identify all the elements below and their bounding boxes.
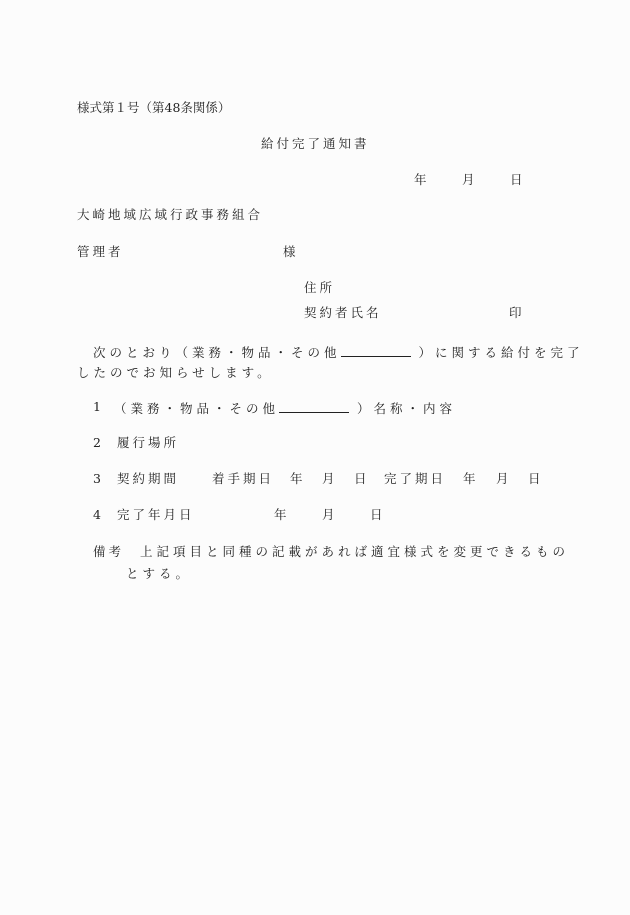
end-month: 月 [496,473,509,486]
seal-mark: 印 [509,307,522,320]
remarks-line-1: 上記項目と同種の記載があれば適宜様式を変更できるもの [140,546,569,559]
date-year: 年 [414,174,427,187]
item-2-number: 2 [93,437,101,450]
date-day: 日 [510,174,523,187]
item-1-number: 1 [93,401,101,414]
remarks-label: 備考 [93,546,124,559]
start-year: 年 [290,473,303,486]
end-date-label: 完了期日 [384,473,446,486]
item-2-label: 履行場所 [117,437,179,450]
item-1-text: （業務・物品・その他）名称・内容 [114,401,456,416]
addressee-organization: 大崎地域広域行政事務組合 [77,209,263,222]
remarks-line-2: とする。 [126,568,192,581]
item-3-label: 契約期間 [117,473,179,486]
item-4-label: 完了年月日 [117,509,195,522]
completion-day: 日 [370,509,383,522]
address-label: 住所 [304,282,335,295]
completion-month: 月 [322,509,335,522]
other-blank-field[interactable] [341,345,411,357]
completion-year: 年 [274,509,287,522]
start-month: 月 [322,473,335,486]
addressee-honorific: 様 [283,246,296,259]
item-1-after: ）名称・内容 [357,401,456,416]
addressee-role: 管理者 [77,246,124,259]
item-1-before: （業務・物品・その他 [114,401,279,416]
item-4-number: 4 [93,509,101,522]
document-title: 給付完了通知書 [261,138,370,151]
end-day: 日 [528,473,541,486]
item-3-number: 3 [93,473,101,486]
body-line-1-before: 次のとおり（業務・物品・その他 [93,345,341,360]
item-1-blank-field[interactable] [279,401,349,413]
end-year: 年 [463,473,476,486]
body-line-1-after: ）に関する給付を完了 [419,345,584,360]
body-line-1: 次のとおり（業務・物品・その他）に関する給付を完了 [93,345,584,360]
start-date-label: 着手期日 [212,473,274,486]
date-month: 月 [462,174,475,187]
start-day: 日 [354,473,367,486]
form-number: 様式第１号（第48条関係） [77,102,230,115]
body-line-2: したのでお知らせします。 [77,367,274,380]
contractor-name-label: 契約者氏名 [304,307,382,320]
